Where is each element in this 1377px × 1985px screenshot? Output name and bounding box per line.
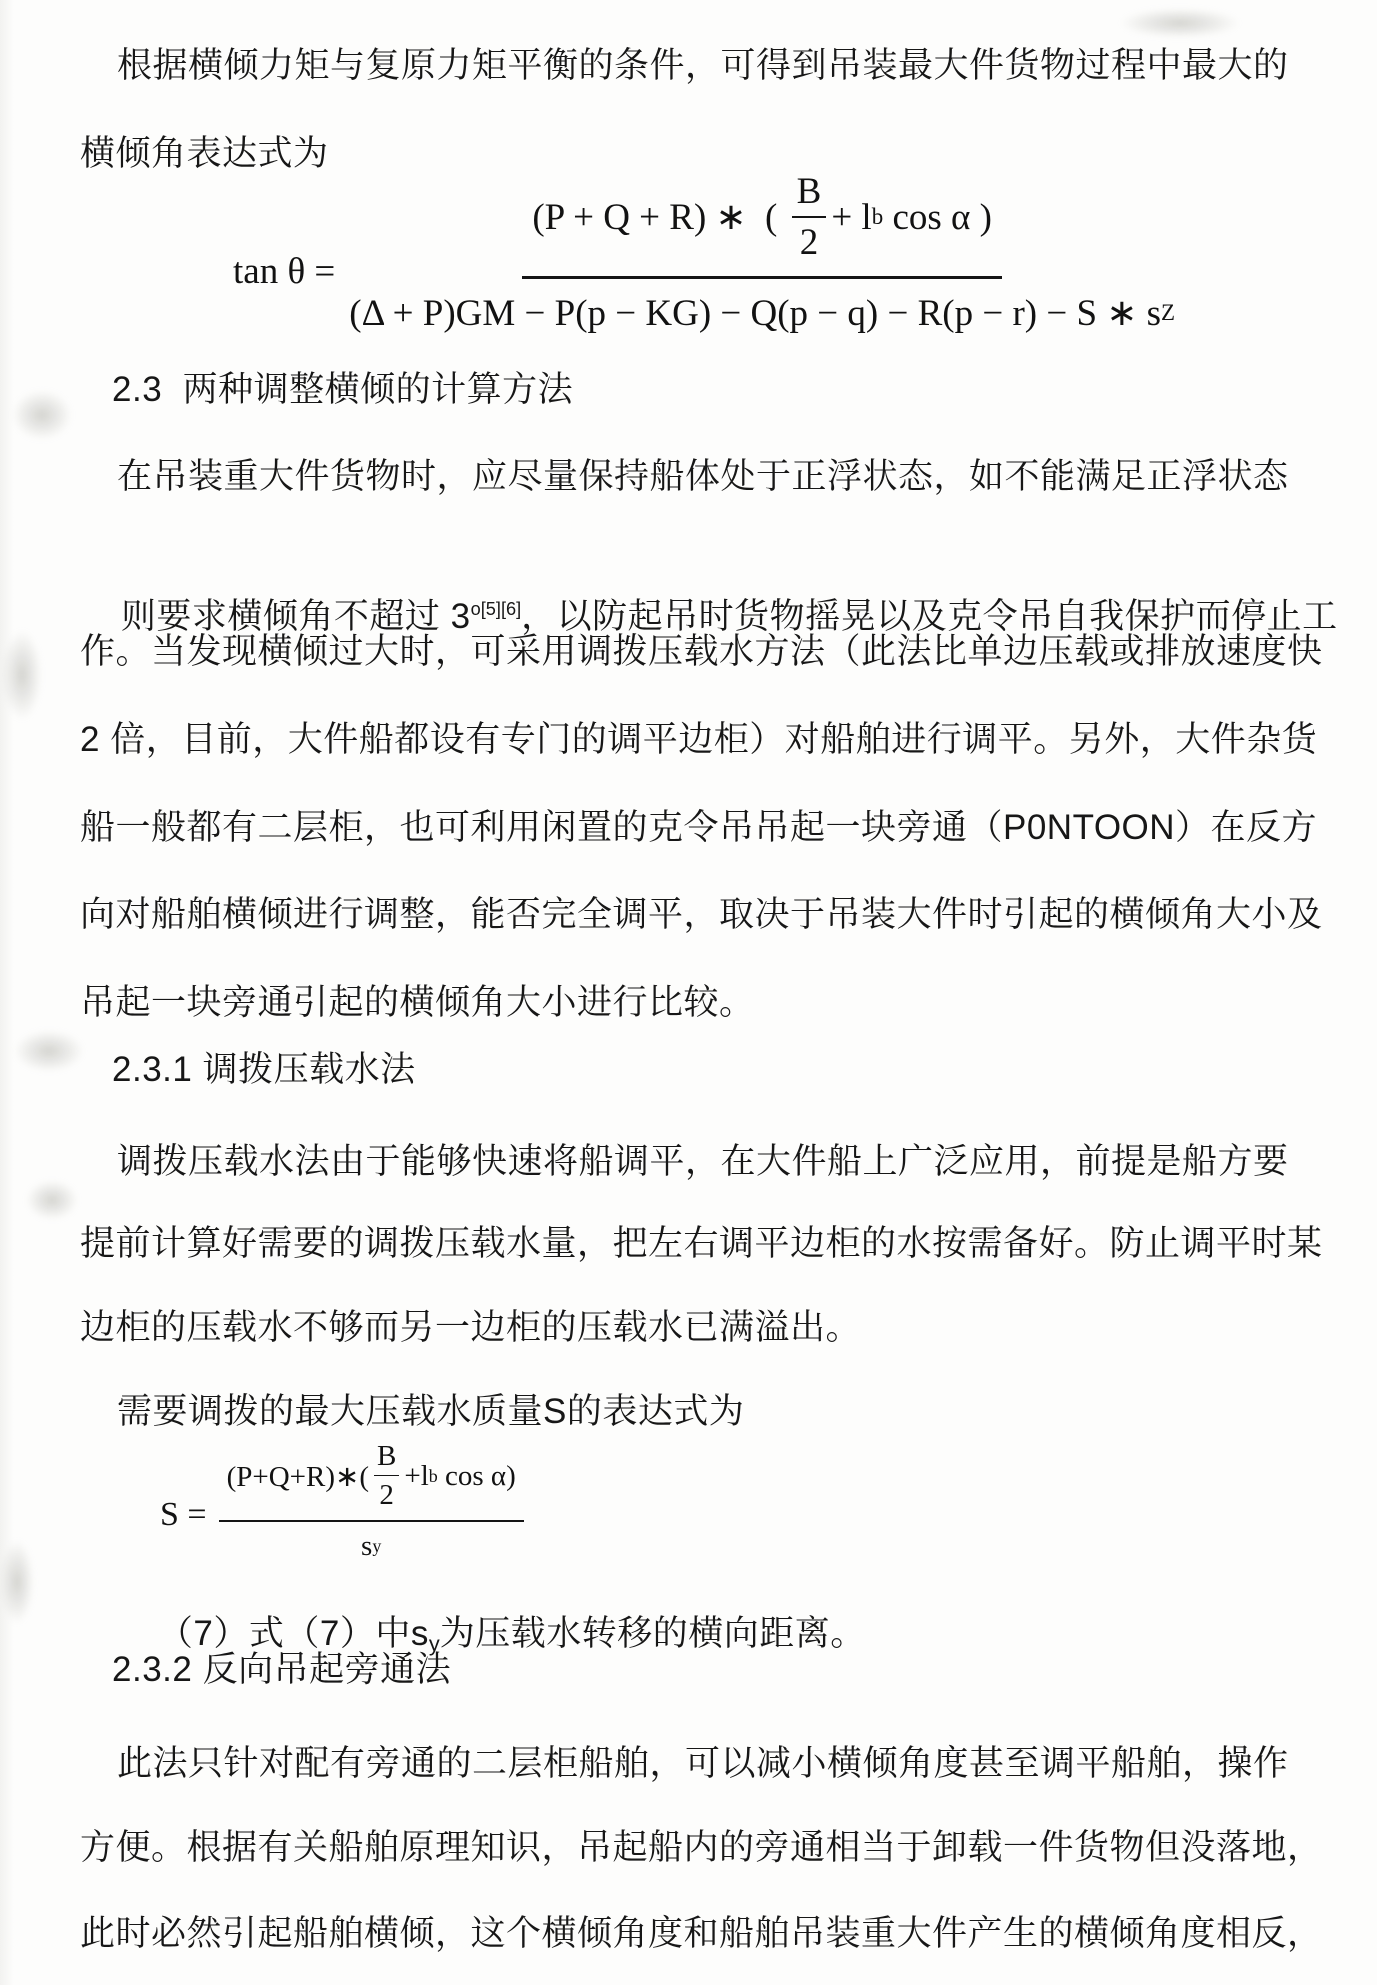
paragraph-line: 此法只针对配有旁通的二层柜船舶，可以减小横倾角度甚至调平船舶，操作 — [117, 1742, 1289, 1786]
fraction-denominator: sy — [361, 1522, 381, 1563]
subscript: b — [872, 204, 883, 230]
text-run: cos α ) — [883, 196, 992, 239]
fraction-numerator: (P+Q+R)∗(B2+lb cos α) — [219, 1440, 524, 1522]
subscript: b — [429, 1466, 438, 1487]
superscript-citation: o[5][6] — [471, 599, 522, 619]
paragraph-line: 方便。根据有关船舶原理知识，吊起船内的旁通相当于卸载一件货物但没落地， — [80, 1826, 1323, 1870]
scan-artifact — [26, 1180, 78, 1220]
inner-fraction-top: B — [374, 1440, 399, 1476]
paragraph-line: 根据横倾力矩与复原力矩平衡的条件，可得到吊装最大件货物过程中最大的 — [117, 44, 1289, 88]
paragraph-line: 在吊装重大件货物时，应尽量保持船体处于正浮状态，如不能满足正浮状态 — [117, 455, 1289, 499]
paragraph-line: 边柜的压载水不够而另一边柜的压载水已满溢出。 — [80, 1306, 861, 1350]
paragraph-line: 调拨压载水法由于能够快速将船调平，在大件船上广泛应用，前提是船方要 — [117, 1140, 1289, 1184]
scan-artifact — [12, 390, 72, 440]
text-run: 为压载水转移的横向距离。 — [440, 1614, 866, 1653]
fraction: (P + Q + R) ∗ ( B2+ lb cos α ) (Δ + P)GM… — [349, 170, 1175, 373]
paragraph-line: 吊起一块旁通引起的横倾角大小进行比较。 — [80, 981, 755, 1025]
section-heading-2-3: 2.3 两种调整横倾的计算方法 — [112, 368, 573, 412]
paragraph-line: 需要调拨的最大压载水质量S的表达式为 — [117, 1390, 744, 1434]
subscript: Z — [1161, 300, 1175, 326]
paragraph-line: 向对船舶横倾进行调整，能否完全调平，取决于吊装大件时引起的横倾角大小及 — [80, 893, 1323, 937]
document-page: 根据横倾力矩与复原力矩平衡的条件，可得到吊装最大件货物过程中最大的 横倾角表达式… — [0, 0, 1377, 1985]
paragraph-line: 船一般都有二层柜，也可利用闲置的克令吊吊起一块旁通（P0NTOON）在反方 — [80, 806, 1317, 850]
subscript: y — [372, 1536, 381, 1557]
inner-fraction-top: B — [792, 170, 827, 218]
formula-tan-theta: tan θ = (P + Q + R) ∗ ( B2+ lb cos α ) (… — [233, 170, 1175, 373]
formula-ballast-mass: S = (P+Q+R)∗(B2+lb cos α) sy — [160, 1440, 524, 1589]
formula-lhs: tan θ = — [233, 250, 335, 293]
text-run: +l — [404, 1460, 428, 1493]
inner-fraction-bottom: 2 — [379, 1476, 394, 1512]
scan-artifact — [0, 1540, 34, 1624]
formula-lhs: S = — [160, 1496, 207, 1534]
paragraph-line: 提前计算好需要的调拨压载水量，把左右调平边柜的水按需备好。防止调平时某 — [80, 1222, 1323, 1266]
fraction-denominator: (Δ + P)GM − P(p − KG) − Q(p − q) − R(p −… — [349, 279, 1175, 335]
text-run: s — [361, 1530, 372, 1563]
paragraph-line: 2 倍，目前，大件船都设有专门的调平边柜）对船舶进行调平。另外，大件杂货 — [80, 718, 1317, 762]
scan-artifact — [14, 1030, 84, 1072]
text-run: cos α) — [438, 1460, 516, 1493]
scan-artifact — [2, 630, 42, 720]
scan-artifact — [1120, 8, 1240, 38]
text-run: (P + Q + R) ∗ ( — [532, 195, 786, 239]
inner-fraction: B2 — [792, 170, 827, 264]
section-heading-2-3-2: 2.3.2 反向吊起旁通法 — [112, 1648, 451, 1692]
text-run: (Δ + P)GM − P(p − KG) − Q(p − q) − R(p −… — [349, 291, 1161, 335]
fraction: (P+Q+R)∗(B2+lb cos α) sy — [219, 1440, 524, 1589]
text-run: + l — [831, 196, 871, 239]
paragraph-line: 此时必然引起船舶横倾，这个横倾角度和船舶吊装重大件产生的横倾角度相反， — [80, 1912, 1323, 1956]
fraction-numerator: (P + Q + R) ∗ ( B2+ lb cos α ) — [522, 170, 1002, 279]
section-heading-2-3-1: 2.3.1 调拨压载水法 — [112, 1048, 416, 1092]
inner-fraction: B2 — [374, 1440, 399, 1512]
paragraph-line: 作。当发现横倾过大时，可采用调拨压载水方法（此法比单边压载或排放速度快 — [80, 630, 1323, 674]
text-run: (P+Q+R)∗( — [227, 1459, 369, 1494]
inner-fraction-bottom: 2 — [800, 218, 819, 264]
